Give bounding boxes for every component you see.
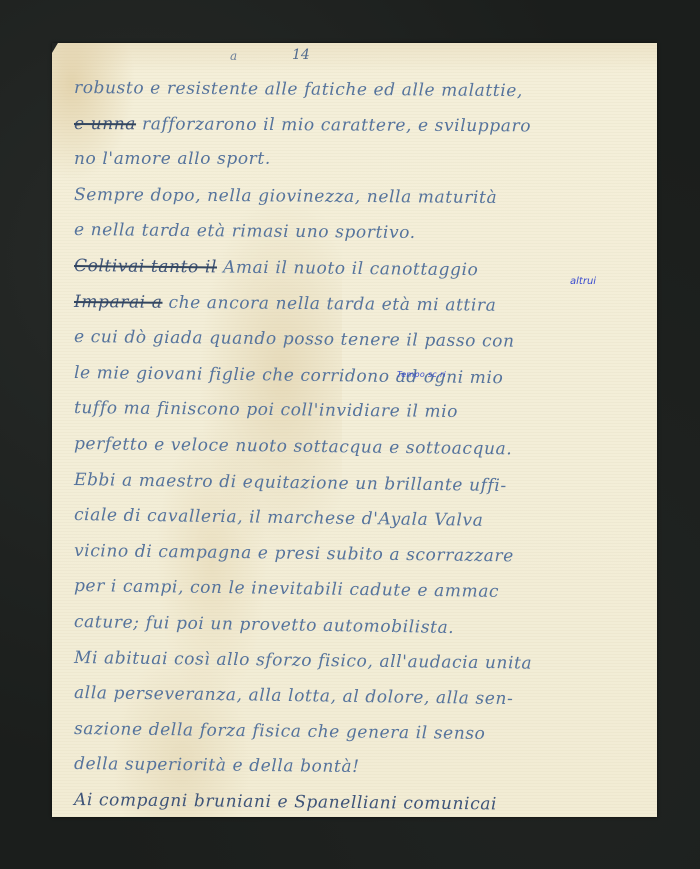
- text-line: Sempre dopo, nella giovinezza, nella mat…: [74, 178, 649, 218]
- text-line: Ai compagni bruniani e Spanelliani comun…: [74, 783, 649, 817]
- page-header: a 14: [52, 47, 657, 67]
- text-line: Coltivai tanto il Amai il nuoto il canot…: [74, 249, 649, 291]
- text-line: e cui dò giada quando posso tenere il pa…: [74, 320, 649, 362]
- handwritten-text-body: robusto e resistente alle fatiche ed all…: [74, 71, 649, 817]
- text-line: e unna rafforzarono il mio carattere, e …: [74, 107, 649, 146]
- text-line: no l'amore allo sport.: [74, 142, 649, 178]
- page-mark: a: [230, 49, 237, 63]
- text-line: perfetto e veloce nuoto sottacqua e sott…: [74, 427, 649, 470]
- text-line: Imparai a che ancora nella tarda età mi …: [74, 285, 649, 326]
- interlinear-annotation: Tempo sc.ri: [397, 370, 446, 379]
- margin-annotation: altrui: [570, 276, 596, 287]
- text-line: e nella tarda età rimasi uno sportivo.: [74, 213, 649, 254]
- text-line: robusto e resistente alle fatiche ed all…: [74, 71, 649, 111]
- manuscript-page: a 14 robusto e resistente alle fatiche e…: [52, 43, 657, 817]
- struck-text: Coltivai tanto il: [74, 256, 217, 277]
- text-line: tuffo ma finiscono poi coll'invidiare il…: [74, 391, 649, 433]
- struck-text: e unna: [74, 114, 136, 134]
- text-line: della superiorità e della bontà!: [74, 747, 649, 789]
- page-number: 14: [292, 47, 310, 63]
- struck-text: Imparai a: [74, 292, 163, 313]
